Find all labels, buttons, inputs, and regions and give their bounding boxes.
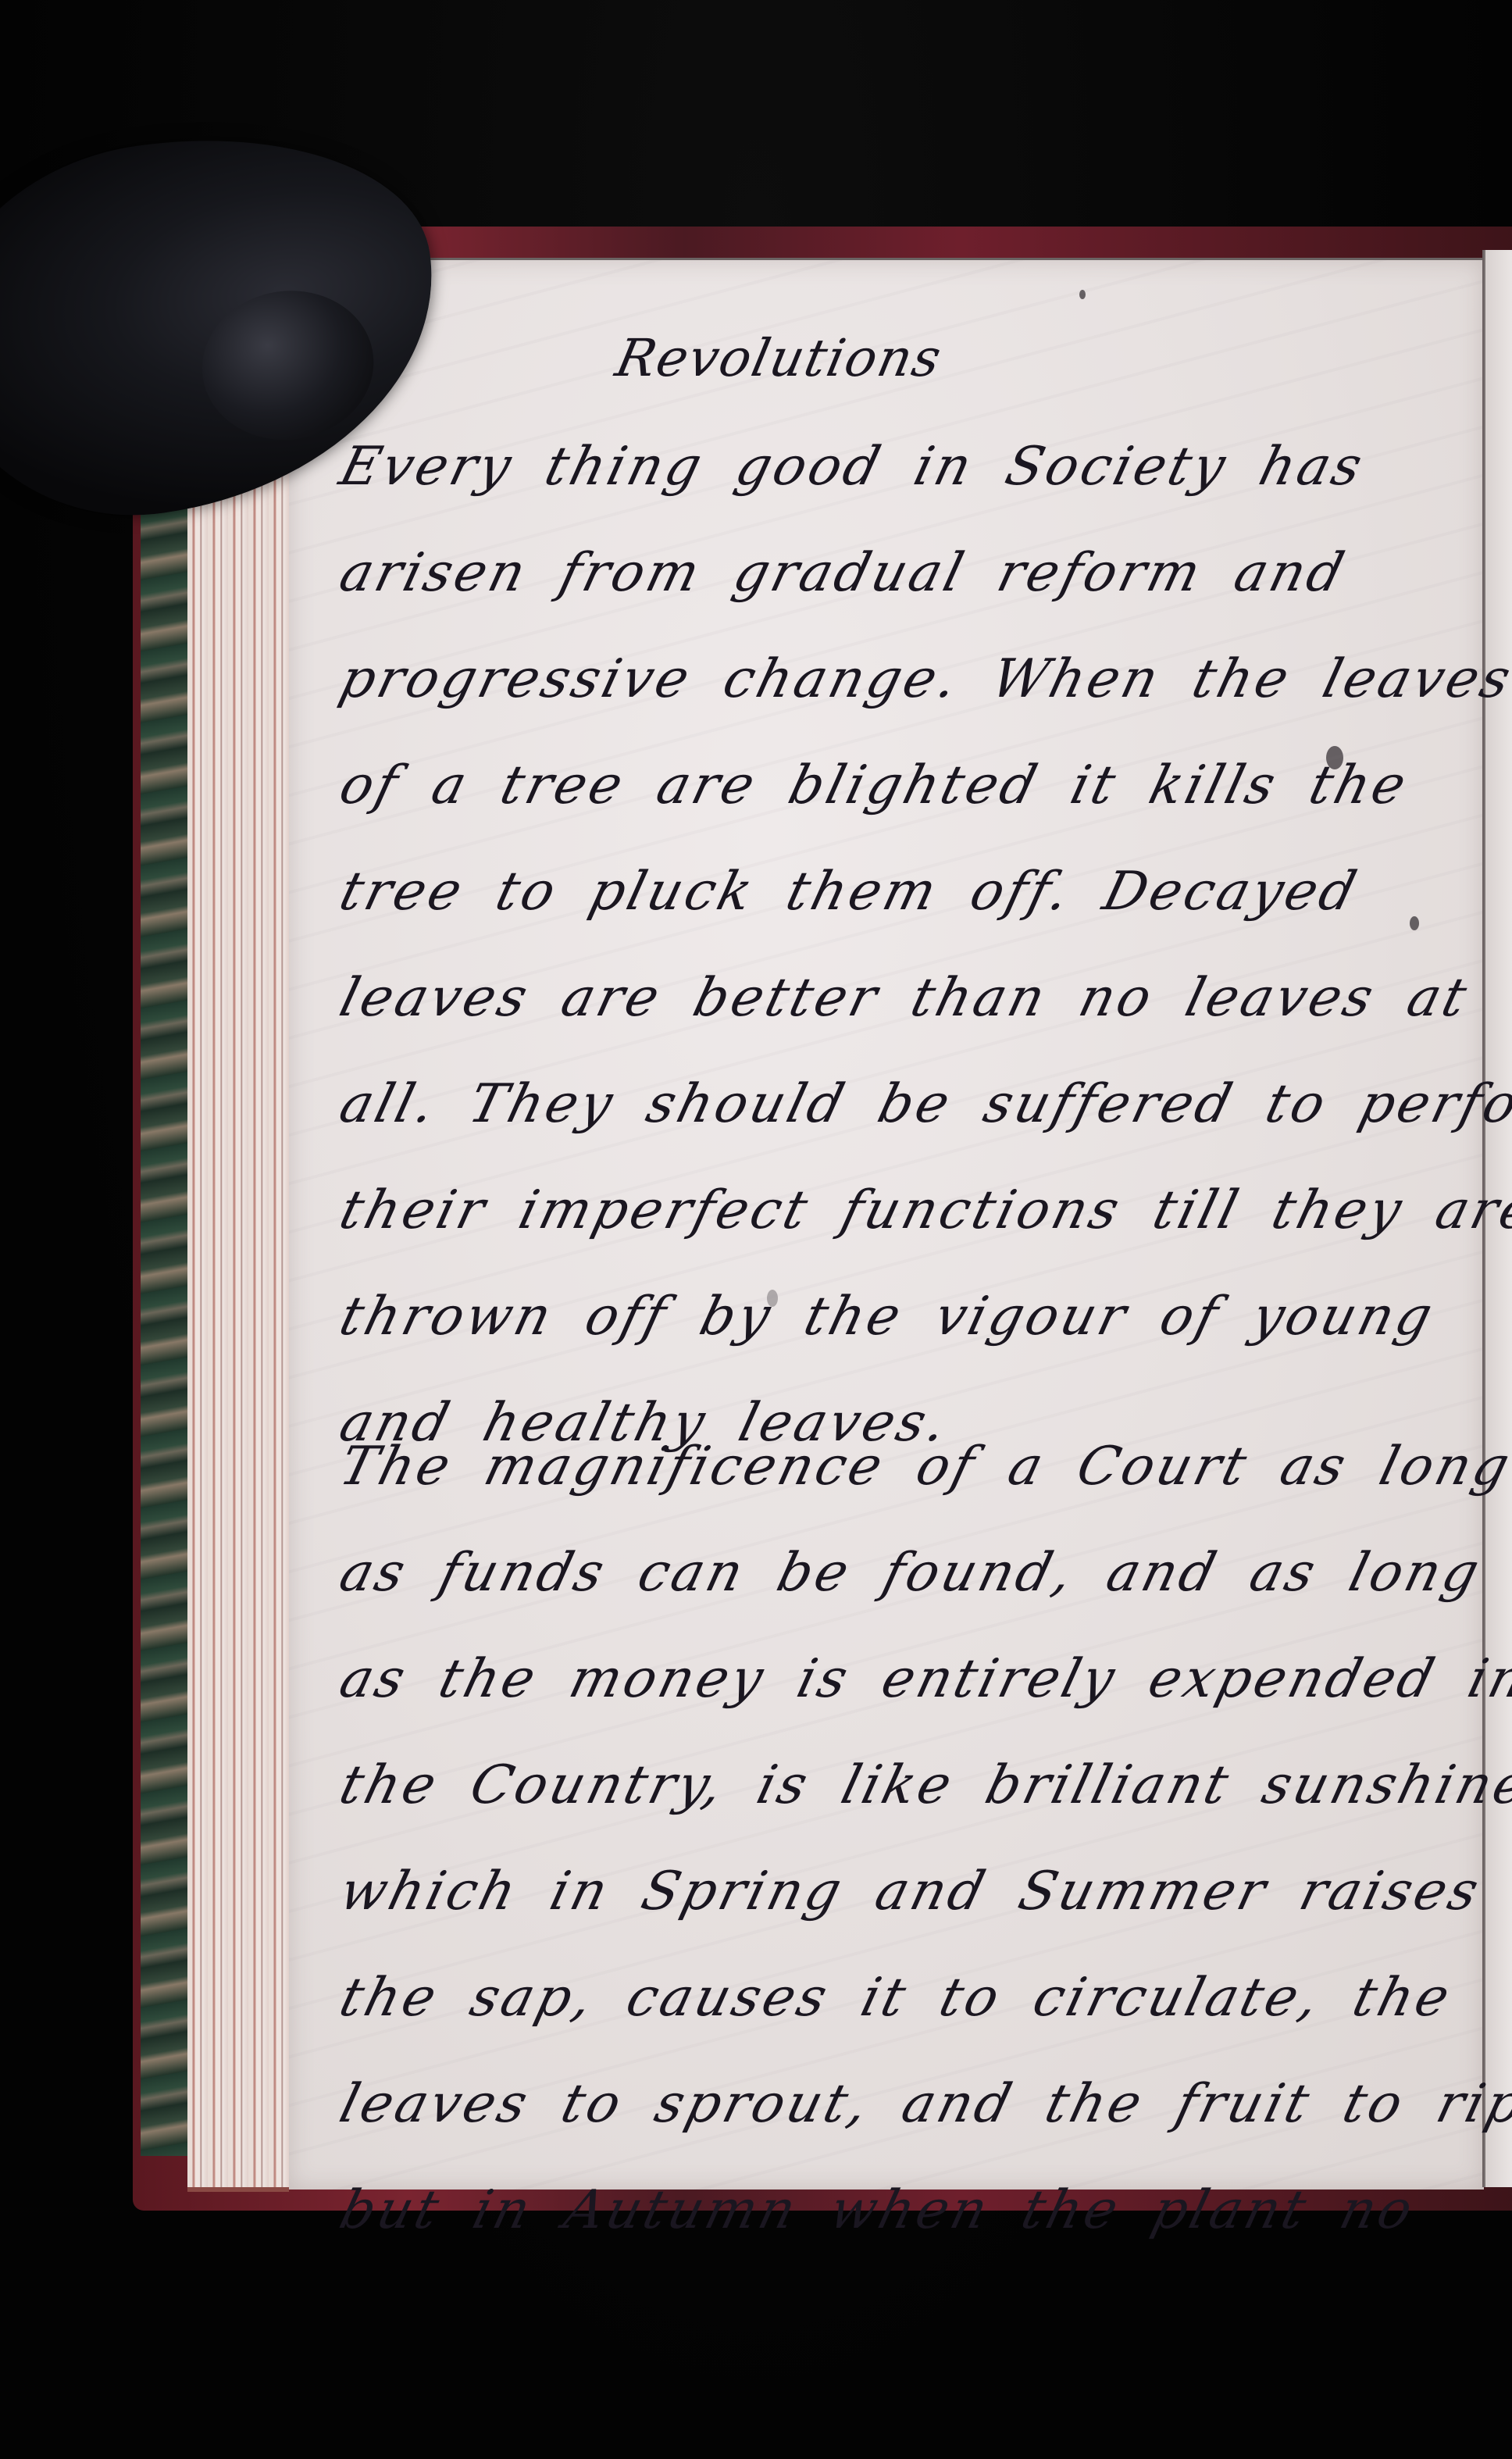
ink-speck [1079, 290, 1086, 299]
text-line: tree to pluck them off. Decayed [328, 839, 1503, 945]
text-line: of a tree are blighted it kills the [328, 733, 1503, 839]
marbled-spine-edge [141, 437, 187, 2156]
text-line: thrown off by the vigour of young [328, 1264, 1503, 1370]
text-line: the Country, is like brilliant sunshine [328, 1733, 1503, 1839]
page-title: Revolutions [611, 328, 948, 388]
text-line: their imperfect functions till they are [328, 1158, 1503, 1264]
paragraph-2: The magnificence of a Court as long as f… [328, 1414, 1476, 2264]
text-line: leaves are better than no leaves at [328, 945, 1503, 1051]
text-line: as the money is entirely expended in [328, 1626, 1503, 1733]
text-line: progressive change. When the leaves [328, 626, 1503, 733]
text-line: but in Autumn when the plant no [328, 2157, 1503, 2264]
text-line: which in Spring and Summer raises [328, 1839, 1503, 1945]
paragraph-1: Every thing good in Society has arisen f… [328, 414, 1476, 1476]
text-line: arisen from gradual reform and [328, 520, 1503, 626]
text-line: the sap, causes it to circulate, the [328, 1945, 1503, 2051]
text-line: as funds can be found, and as long [328, 1520, 1503, 1626]
glove-fingertip [192, 280, 383, 451]
text-line: Every thing good in Society has [328, 414, 1503, 520]
text-line: leaves to sprout, and the fruit to ripen… [328, 2051, 1503, 2157]
text-line: The magnificence of a Court as long [328, 1414, 1503, 1520]
text-line: all. They should be suffered to perform [328, 1051, 1503, 1158]
page-edge-stack [187, 406, 289, 2192]
